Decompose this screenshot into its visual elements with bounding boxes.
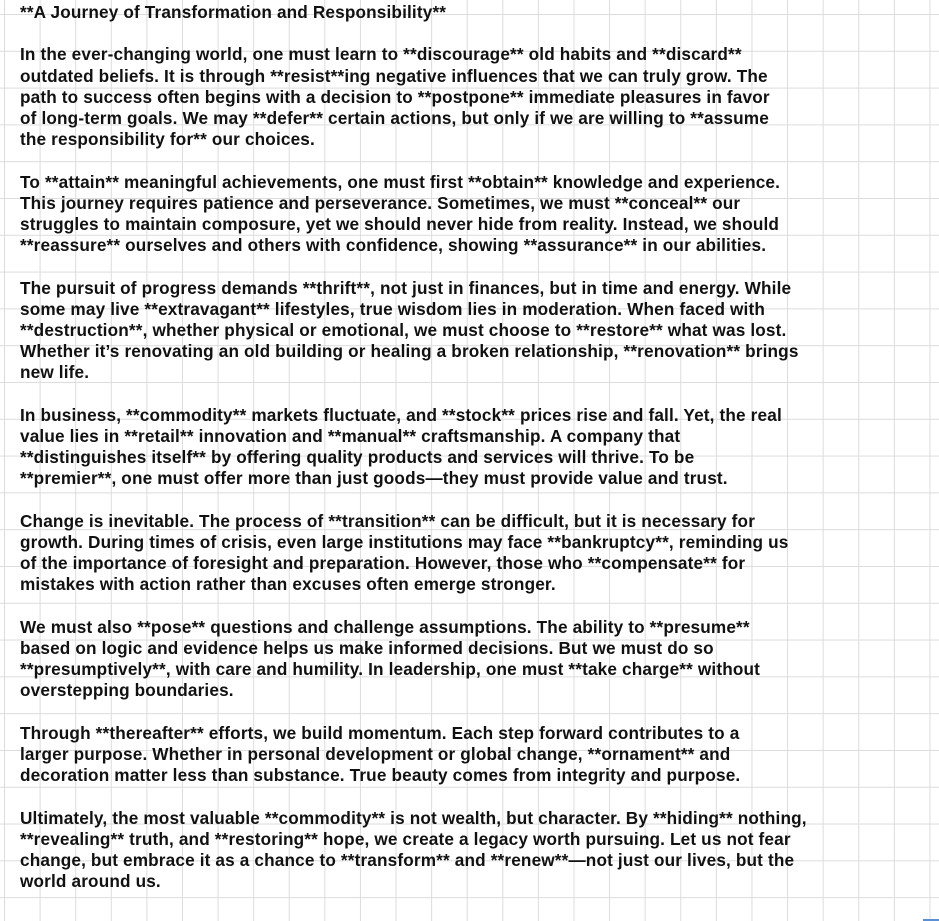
text-line: **revealing** truth, and **restoring** h… <box>20 829 935 850</box>
text-line: some may live **extravagant** lifestyles… <box>20 299 935 320</box>
text-line: of long-term goals. We may **defer** cer… <box>20 108 935 129</box>
document: **A Journey of Transformation and Respon… <box>20 2 935 914</box>
text-line: the responsibility for** our choices. <box>20 129 935 150</box>
text-line: growth. During times of crisis, even lar… <box>20 532 935 553</box>
text-line: outdated beliefs. It is through **resist… <box>20 66 935 87</box>
text-line: Through **thereafter** efforts, we build… <box>20 723 935 744</box>
paragraph-2: To **attain** meaningful achievements, o… <box>20 172 935 257</box>
paragraph-4: In business, **commodity** markets fluct… <box>20 405 935 490</box>
text-line: mistakes with action rather than excuses… <box>20 574 935 595</box>
text-line: **premier**, one must offer more than ju… <box>20 468 935 489</box>
text-line: **presumptively**, with care and humilit… <box>20 659 935 680</box>
text-line: Whether it’s renovating an old building … <box>20 341 935 362</box>
text-line: value lies in **retail** innovation and … <box>20 426 935 447</box>
text-line: **distinguishes itself** by offering qua… <box>20 447 935 468</box>
paragraph-6: We must also **pose** questions and chal… <box>20 617 935 702</box>
text-line: based on logic and evidence helps us mak… <box>20 638 935 659</box>
text-line: The pursuit of progress demands **thrift… <box>20 278 935 299</box>
text-line: new life. <box>20 362 935 383</box>
text-line: path to success often begins with a deci… <box>20 87 935 108</box>
text-line: Change is inevitable. The process of **t… <box>20 511 935 532</box>
text-line: larger purpose. Whether in personal deve… <box>20 744 935 765</box>
text-line: world around us. <box>20 871 935 892</box>
text-line: **reassure** ourselves and others with c… <box>20 235 935 256</box>
paragraph-7: Through **thereafter** efforts, we build… <box>20 723 935 787</box>
text-line: In the ever-changing world, one must lea… <box>20 44 935 65</box>
document-title: **A Journey of Transformation and Respon… <box>20 2 935 23</box>
text-line: In business, **commodity** markets fluct… <box>20 405 935 426</box>
paragraph-1: In the ever-changing world, one must lea… <box>20 44 935 150</box>
text-line: **destruction**, whether physical or emo… <box>20 320 935 341</box>
text-line: Ultimately, the most valuable **commodit… <box>20 808 935 829</box>
paragraph-8: Ultimately, the most valuable **commodit… <box>20 808 935 893</box>
paragraph-5: Change is inevitable. The process of **t… <box>20 511 935 596</box>
text-line: We must also **pose** questions and chal… <box>20 617 935 638</box>
text-line: To **attain** meaningful achievements, o… <box>20 172 935 193</box>
text-line: decoration matter less than substance. T… <box>20 765 935 786</box>
text-line: overstepping boundaries. <box>20 680 935 701</box>
text-line: of the importance of foresight and prepa… <box>20 553 935 574</box>
paragraph-3: The pursuit of progress demands **thrift… <box>20 278 935 384</box>
text-line: This journey requires patience and perse… <box>20 193 935 214</box>
text-line: change, but embrace it as a chance to **… <box>20 850 935 871</box>
text-line: struggles to maintain composure, yet we … <box>20 214 935 235</box>
